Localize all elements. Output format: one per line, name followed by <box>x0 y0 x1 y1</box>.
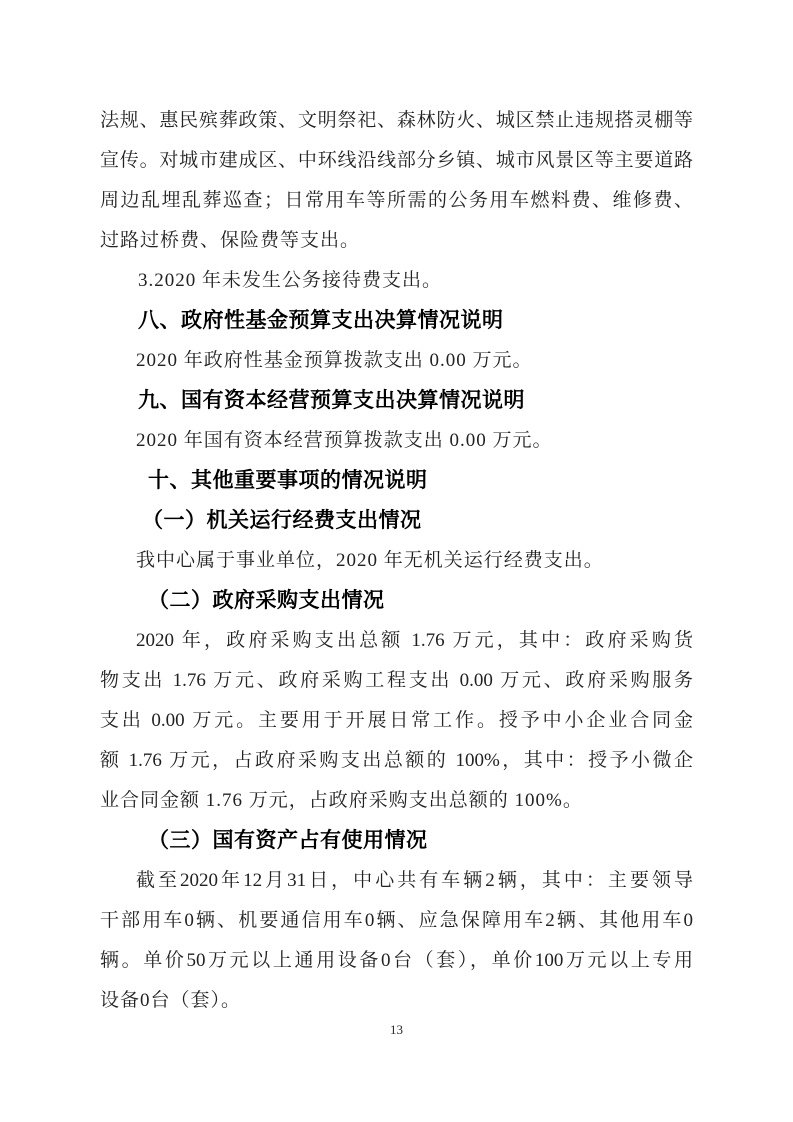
section-heading-10-1: （一）机关运行经费支出情况 <box>100 501 693 541</box>
paragraph-line: 2020 年，政府采购支出总额 1.76 万元，其中：政府采购货 <box>100 621 693 661</box>
paragraph-line: 辆。单价50万元以上通用设备0台（套），单价100万元以上专用 <box>100 941 693 981</box>
section-heading-10-2: （二）政府采购支出情况 <box>100 581 693 621</box>
paragraph-line: 干部用车0辆、机要通信用车0辆、应急保障用车2辆、其他用车0 <box>100 901 693 941</box>
paragraph-line: 设备0台（套）。 <box>100 981 693 1021</box>
paragraph-line: 物支出 1.76 万元、政府采购工程支出 0.00 万元、政府采购服务 <box>100 661 693 701</box>
paragraph-line: 2020 年政府性基金预算拨款支出 0.00 万元。 <box>100 341 693 381</box>
section-heading-8: 八、政府性基金预算支出决算情况说明 <box>100 301 693 341</box>
paragraph-line: 宣传。对城市建成区、中环线沿线部分乡镇、城市风景区等主要道路 <box>100 141 693 181</box>
paragraph-line: 2020 年国有资本经营预算拨款支出 0.00 万元。 <box>100 421 693 461</box>
paragraph-line: 截至2020年12月31日，中心共有车辆2辆，其中：主要领导 <box>100 861 693 901</box>
paragraph-line: 支出 0.00 万元。主要用于开展日常工作。授予中小企业合同金 <box>100 701 693 741</box>
section-heading-10: 十、其他重要事项的情况说明 <box>100 461 693 501</box>
paragraph-line: 法规、惠民殡葬政策、文明祭祀、森林防火、城区禁止违规搭灵棚等 <box>100 101 693 141</box>
paragraph-line: 过路过桥费、保险费等支出。 <box>100 221 693 261</box>
section-heading-10-3: （三）国有资产占有使用情况 <box>100 821 693 861</box>
document-page: 法规、惠民殡葬政策、文明祭祀、森林防火、城区禁止违规搭灵棚等 宣传。对城市建成区… <box>0 0 793 1122</box>
section-heading-9: 九、国有资本经营预算支出决算情况说明 <box>100 381 693 421</box>
paragraph-line: 周边乱埋乱葬巡查；日常用车等所需的公务用车燃料费、维修费、 <box>100 181 693 221</box>
paragraph-line: 我中心属于事业单位，2020 年无机关运行经费支出。 <box>100 541 693 581</box>
paragraph-line: 额 1.76 万元，占政府采购支出总额的 100%，其中：授予小微企 <box>100 741 693 781</box>
page-number: 13 <box>0 1020 793 1040</box>
paragraph-line: 业合同金额 1.76 万元，占政府采购支出总额的 100%。 <box>100 781 693 821</box>
page-content: 法规、惠民殡葬政策、文明祭祀、森林防火、城区禁止违规搭灵棚等 宣传。对城市建成区… <box>100 101 693 1021</box>
paragraph-line: 3.2020 年未发生公务接待费支出。 <box>100 261 693 301</box>
